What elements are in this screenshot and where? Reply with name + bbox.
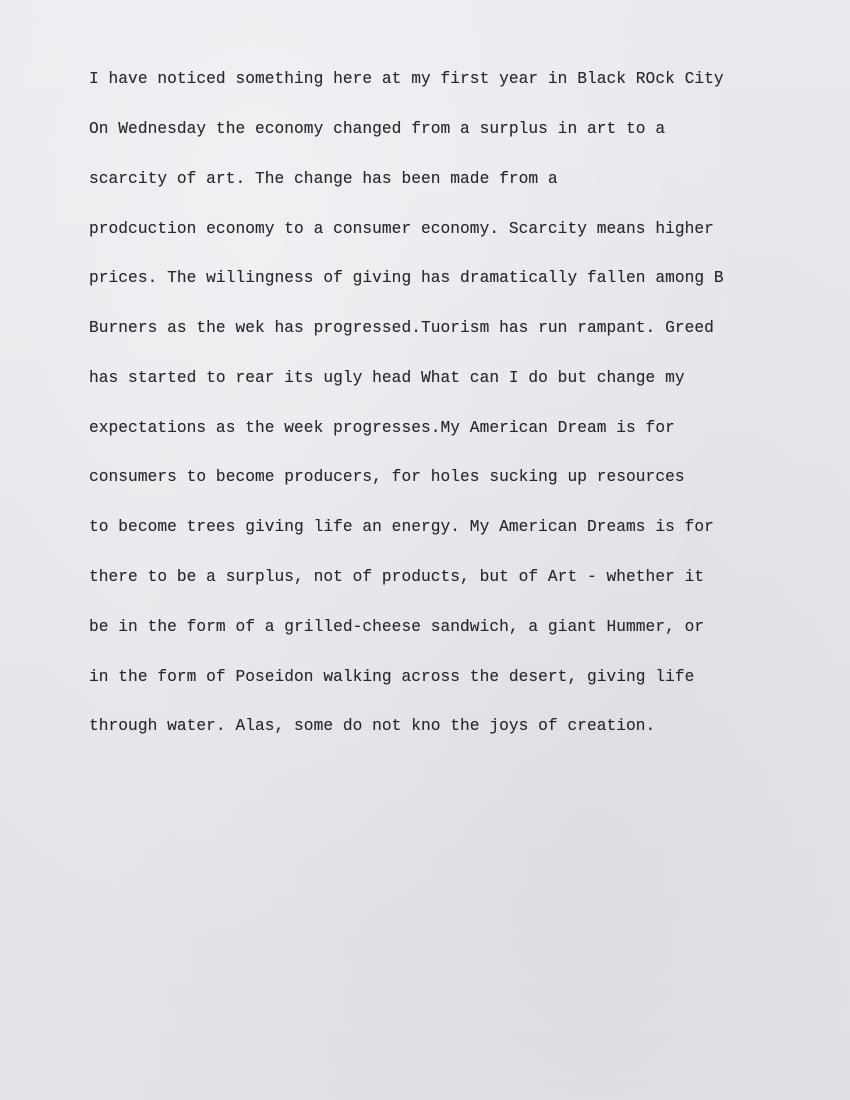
text-line: be in the form of a grilled-cheese sandw…: [89, 619, 789, 636]
text-line: On Wednesday the economy changed from a …: [89, 121, 789, 138]
text-line: has started to rear its ugly head What c…: [89, 370, 789, 387]
text-line: I have noticed something here at my firs…: [89, 71, 789, 88]
text-line: to become trees giving life an energy. M…: [89, 519, 789, 536]
paper-page: I have noticed something here at my firs…: [0, 0, 850, 1100]
text-line: prices. The willingness of giving has dr…: [89, 270, 789, 287]
text-line: consumers to become producers, for holes…: [89, 469, 789, 486]
text-line: in the form of Poseidon walking across t…: [89, 669, 789, 686]
text-line: prodcuction economy to a consumer econom…: [89, 221, 789, 238]
text-line: Burners as the wek has progressed.Tuoris…: [89, 320, 789, 337]
text-line: expectations as the week progresses.My A…: [89, 420, 789, 437]
text-line: scarcity of art. The change has been mad…: [89, 171, 789, 188]
text-line: through water. Alas, some do not kno the…: [89, 718, 789, 735]
text-line: there to be a surplus, not of products, …: [89, 569, 789, 586]
typed-paragraph: I have noticed something here at my firs…: [89, 38, 789, 768]
